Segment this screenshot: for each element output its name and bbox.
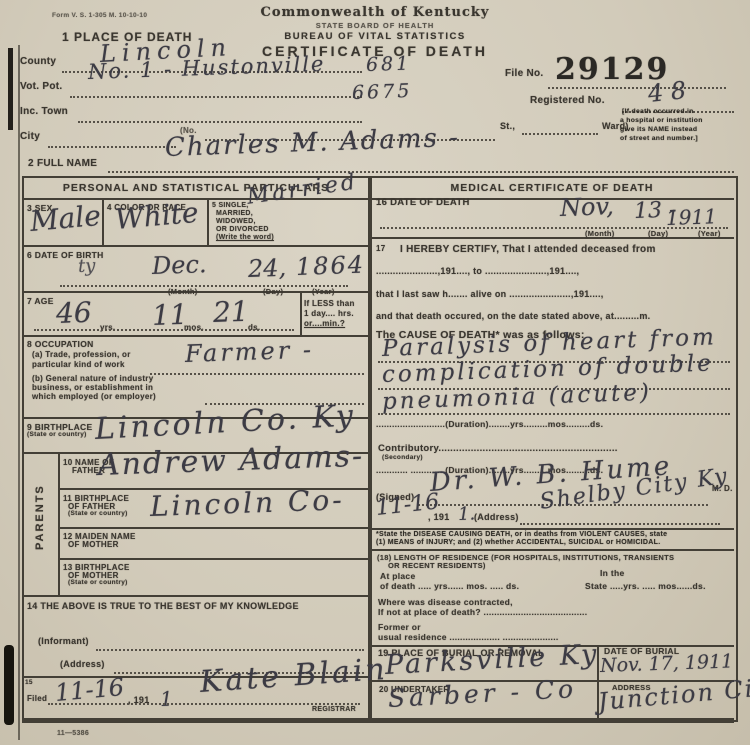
st-label: St., xyxy=(500,121,515,131)
certify-num: 17 xyxy=(376,244,386,253)
marital-label-line-4: OR DIVORCED xyxy=(216,226,269,233)
age-dotted-line xyxy=(34,328,294,331)
marital-label-line-3: WIDOWED, xyxy=(216,218,256,225)
inc-town-label: Inc. Town xyxy=(20,106,68,117)
rule xyxy=(58,527,370,529)
occupation-value: Farmer - xyxy=(185,336,315,368)
marital-label-line-5: (Write the word) xyxy=(216,234,274,241)
scan-edge-line xyxy=(18,45,20,740)
residence-label-2: OR RECENT RESIDENTS) xyxy=(388,561,486,570)
father-birthplace-sub-label: (State or country) xyxy=(68,510,128,517)
residence-at-place-2: of death ..... yrs...... mos. ..... ds. xyxy=(380,581,519,591)
father-birthplace-value: Lincoln Co- xyxy=(149,483,345,523)
rule xyxy=(370,549,734,551)
age-days-value: 21 xyxy=(212,295,249,329)
commonwealth-title: Commonwealth of Kentucky xyxy=(261,5,490,20)
death-caption-day: (Day) xyxy=(648,229,668,238)
occupation-b-line-2: business, or establishment in xyxy=(32,383,153,392)
registered-no-value: 4 8 xyxy=(647,76,688,108)
registered-no-label: Registered No. xyxy=(530,95,605,106)
attest-statement: 14 THE ABOVE IS TRUE TO THE BEST OF MY K… xyxy=(27,601,299,611)
full-name-value: Charles M. Adams - xyxy=(164,123,460,163)
bottom-rule-2 xyxy=(22,722,734,723)
birth-caption-day: (Day) xyxy=(263,287,283,296)
informant-label: (Informant) xyxy=(38,636,89,646)
age-less-note-1: If LESS than xyxy=(304,299,355,308)
parents-vertical-label: PARENTS xyxy=(34,498,46,550)
bottom-rule-1 xyxy=(22,718,734,720)
hospital-note-line-1: [If death occurred in xyxy=(622,108,694,115)
rule xyxy=(22,335,370,337)
stamp-number-2: 6675 xyxy=(352,80,413,104)
age-label: 7 AGE xyxy=(27,296,54,306)
filed-num: 15 xyxy=(25,679,33,686)
signed-year-hand: 1. xyxy=(458,503,476,525)
cause-duration-line: ..........................(Duration)....… xyxy=(376,419,603,429)
city-dotted-line xyxy=(48,145,176,148)
certify-line-3: that I last saw h....... alive on ......… xyxy=(376,289,604,299)
sex-value: Male xyxy=(29,199,102,238)
mother-name-label-2: OF MOTHER xyxy=(68,540,119,549)
age-years-value: 46 xyxy=(55,296,92,330)
birth-caption-month: (Month) xyxy=(168,287,198,296)
signed-address-label: (Address) xyxy=(474,512,519,522)
marital-label-line-2: MARRIED, xyxy=(216,210,253,217)
filed-year-hand: 1 xyxy=(160,687,174,711)
footnote-line-1: *State the DISEASE CAUSING DEATH, or in … xyxy=(376,531,667,538)
birthplace-sub-label: (State or country) xyxy=(27,431,87,438)
certify-line-2: ......................,191...., to .....… xyxy=(376,266,579,276)
rule xyxy=(370,237,734,239)
rule-vertical xyxy=(300,291,302,335)
rule xyxy=(22,245,370,247)
contributory-label: Contributory............................… xyxy=(378,443,618,454)
scan-edge-mark-top xyxy=(8,48,13,130)
rule xyxy=(58,558,370,560)
signed-address-dotted-line xyxy=(520,522,720,525)
residence-former-2: usual residence ................... ....… xyxy=(378,632,559,642)
age-less-note-2: 1 day.... hrs. xyxy=(304,309,354,318)
occupation-b-line-1: (b) General nature of industry xyxy=(32,374,153,383)
birth-flourish: ty xyxy=(78,255,96,277)
form-code: Form V. S. 1-305 M. 10-10-10 xyxy=(52,12,147,19)
age-less-note-3: or....min.? xyxy=(304,319,345,328)
rule-vertical xyxy=(207,198,209,245)
certify-line-4: and that death occured, on the date stat… xyxy=(376,311,650,321)
death-month-value: Nov, xyxy=(560,192,615,222)
birth-year-value: 1864 xyxy=(296,251,366,281)
full-name-label: 2 FULL NAME xyxy=(28,158,97,169)
stamp-number-1: 681 xyxy=(366,52,412,76)
registrar-label: REGISTRAR xyxy=(312,706,356,713)
rule xyxy=(370,528,734,530)
hospital-note-line-4: of street and number.] xyxy=(620,135,698,142)
death-caption-year: (Year) xyxy=(698,229,721,238)
print-code: 11—5386 xyxy=(57,730,89,737)
cause-dotted-line-3 xyxy=(378,412,730,415)
certify-line-1: I HEREBY CERTIFY, That I attended deceas… xyxy=(400,244,656,255)
rule-vertical xyxy=(58,452,60,595)
mother-birthplace-sub-label: (State or country) xyxy=(68,579,128,586)
birth-day-value: 24, xyxy=(248,254,287,283)
death-date-dotted-line xyxy=(380,226,728,229)
hospital-note-line-3: give its NAME instead xyxy=(620,126,697,133)
city-label: City xyxy=(20,131,40,142)
file-no-dotted-line xyxy=(548,86,726,89)
informant-address-label: (Address) xyxy=(60,659,105,669)
contributory-sub-label: (Secondary) xyxy=(382,454,423,461)
age-months-value: 11 xyxy=(151,298,188,332)
board-subtitle: STATE BOARD OF HEALTH xyxy=(316,21,435,30)
rule-vertical xyxy=(102,198,104,245)
residence-contracted-2: If not at place of death? ..............… xyxy=(378,607,587,617)
bureau-subtitle: BUREAU OF VITAL STATISTICS xyxy=(284,31,465,42)
residence-at-place-1: At place xyxy=(380,571,415,581)
rule xyxy=(22,595,370,597)
occupation-label: 8 OCCUPATION xyxy=(27,339,94,349)
inc-town-dotted-line xyxy=(78,120,362,123)
birth-dotted-line xyxy=(60,284,348,287)
informant-dotted-line xyxy=(96,648,364,651)
full-name-dotted-line xyxy=(108,170,734,173)
birth-month-value: Dec. xyxy=(152,250,207,280)
death-caption-month: (Month) xyxy=(585,229,615,238)
signed-year-print: , 191 xyxy=(428,512,450,522)
death-date-label: 16 DATE OF DEATH xyxy=(376,197,470,208)
precinct-label: Vot. Pot. xyxy=(20,81,63,92)
burial-date-value: Nov. 17, 1911 xyxy=(600,650,734,677)
residence-in-state-2: State .....yrs. ..... mos......ds. xyxy=(585,581,706,591)
birth-caption-year: (Year) xyxy=(312,287,335,296)
marital-label-line-1: 5 SINGLE, xyxy=(212,202,249,209)
occupation-a-line-1: (a) Trade, profession, or xyxy=(32,350,131,359)
residence-contracted-1: Where was disease contracted, xyxy=(378,597,513,607)
residence-former-1: Former or xyxy=(378,622,421,632)
county-label: County xyxy=(20,56,56,67)
occupation-a-line-2: particular kind of work xyxy=(32,360,125,369)
precinct-dotted-line xyxy=(70,95,362,98)
death-certificate-document: Form V. S. 1-305 M. 10-10-10 Commonwealt… xyxy=(0,0,750,745)
footnote-line-2: (1) MEANS of INJURY; and (2) whether ACC… xyxy=(376,539,660,546)
filed-dotted-line xyxy=(48,702,360,705)
file-no-label: File No. xyxy=(505,68,544,79)
hospital-note-line-2: a hospital or institution xyxy=(620,117,703,124)
occupation-b-line-3: which employed (or employer) xyxy=(32,392,156,401)
filed-label: Filed xyxy=(27,694,47,703)
scan-edge-blob xyxy=(4,645,14,725)
ward-dotted-line xyxy=(522,132,598,135)
occupation-a-dotted-line xyxy=(150,372,364,375)
medical-section-header: MEDICAL CERTIFICATE OF DEATH xyxy=(451,182,654,194)
residence-in-state-1: In the xyxy=(600,568,624,578)
